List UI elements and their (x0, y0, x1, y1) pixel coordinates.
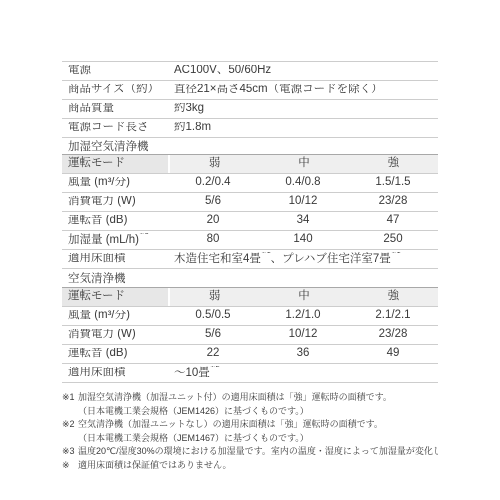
footnote-ref: ※3 (139, 233, 149, 236)
spec-label: 消費電力 (W) (62, 329, 168, 341)
spec-label: 電源コード長さ (62, 122, 168, 134)
footnote-text: 温度20℃/湿度30%の環境における加湿量です。室内の温度・湿度によって加湿量が… (78, 445, 438, 459)
table-row: 運転音 (dB) 22 36 49 (62, 345, 438, 364)
mode-header-label: 運転モード (62, 155, 168, 173)
cell-value: 10/12 (258, 329, 348, 341)
spec-label: 風量 (m³/分) (62, 310, 168, 322)
footnote-line: ※2 空気清浄機（加湿ユニットなし）の適用床面積は「強」運転時の面積です。 (62, 418, 438, 432)
mode-header-row: 運転モード 弱 中 強 (62, 154, 438, 174)
cell-value: 0.2/0.4 (168, 177, 258, 189)
cell-value: 1.5/1.5 (348, 177, 438, 189)
row-values: 0.2/0.4 0.4/0.8 1.5/1.5 (168, 174, 438, 192)
footnote-text: 空気清浄機（加湿ユニットなし）の適用床面積は「強」運転時の面積です。 (78, 418, 438, 432)
spec-label: 適用床面積 (62, 253, 168, 265)
section-title-air-purifier: 空気清浄機 (62, 269, 438, 287)
table-row: 加湿量 (mL/h)※3 80 140 250 (62, 231, 438, 250)
footnote-marker: ※2 (62, 418, 78, 432)
footnote-marker: ※3 (62, 445, 78, 459)
footnote-line: （日本電機工業会規格（JEM1467）に基づくものです。） (62, 432, 438, 446)
footnote-line: ※3 温度20℃/湿度30%の環境における加湿量です。室内の温度・湿度によって加… (62, 445, 438, 459)
floor-area-value: 木造住宅和室4畳※1、プレハブ住宅洋室7畳※1 (168, 252, 438, 265)
air-purifier-table: 運転モード 弱 中 強 風量 (m³/分) 0.5/0.5 1.2/1.0 2.… (62, 287, 438, 383)
footnote-ref: ※1 (391, 252, 401, 255)
footnote-line: ※ 適用床面積は保証値ではありません。 (62, 459, 438, 473)
row-values: 22 36 49 (168, 345, 438, 363)
cell-value: 36 (258, 348, 348, 360)
cell-value: 0.4/0.8 (258, 177, 348, 189)
table-row: 電源 AC100V、50/60Hz (62, 62, 438, 81)
spec-label: 適用床面積 (62, 367, 168, 379)
cell-value: 0.5/0.5 (168, 310, 258, 322)
mode-header-columns: 弱 中 強 (170, 288, 438, 306)
cell-value: 49 (348, 348, 438, 360)
floor-area-text: 、プレハブ住宅洋室7畳 (271, 253, 391, 265)
humidifier-purifier-table: 運転モード 弱 中 強 風量 (m³/分) 0.2/0.4 0.4/0.8 1.… (62, 154, 438, 269)
spec-value: 約3kg (168, 103, 438, 115)
row-values: 5/6 10/12 23/28 (168, 193, 438, 211)
footnote-text: 適用床面積は保証値ではありません。 (78, 459, 438, 473)
mode-column-mid: 中 (259, 158, 348, 170)
cell-value: 23/28 (348, 329, 438, 341)
spec-label: 電源 (62, 65, 168, 77)
cell-value: 5/6 (168, 329, 258, 341)
spec-label: 風量 (m³/分) (62, 177, 168, 189)
footnote-marker (62, 405, 78, 419)
spec-sheet: 電源 AC100V、50/60Hz 商品サイズ（約） 直径21×高さ45cm（電… (62, 61, 438, 472)
table-row: 消費電力 (W) 5/6 10/12 23/28 (62, 326, 438, 345)
footnote-ref: ※2 (210, 366, 220, 369)
cell-value: 2.1/2.1 (348, 310, 438, 322)
section-title-humidifier-purifier: 加湿空気清浄機 (62, 138, 438, 154)
cell-value: 22 (168, 348, 258, 360)
mode-header-columns: 弱 中 強 (170, 155, 438, 173)
spec-label: 消費電力 (W) (62, 196, 168, 208)
spec-label: 加湿量 (mL/h)※3 (62, 233, 168, 246)
spec-value: AC100V、50/60Hz (168, 65, 438, 77)
cell-value: 1.2/1.0 (258, 310, 348, 322)
footnote-text: （日本電機工業会規格（JEM1426）に基づくものです。） (78, 405, 438, 419)
table-row: 風量 (m³/分) 0.2/0.4 0.4/0.8 1.5/1.5 (62, 174, 438, 193)
row-values: 0.5/0.5 1.2/1.0 2.1/2.1 (168, 307, 438, 325)
table-row: 商品質量 約3kg (62, 100, 438, 119)
row-values: 80 140 250 (168, 231, 438, 249)
mode-column-high: 強 (349, 291, 438, 303)
footnote-marker: ※ (62, 459, 78, 473)
spec-value: 直径21×高さ45cm（電源コードを除く） (168, 84, 438, 96)
cell-value: 140 (258, 234, 348, 246)
mode-column-mid: 中 (259, 291, 348, 303)
spec-label: 運転音 (dB) (62, 215, 168, 227)
spec-label-text: 加湿量 (mL/h) (68, 234, 139, 246)
floor-area-text: 木造住宅和室4畳 (174, 253, 261, 265)
cell-value: 47 (348, 215, 438, 227)
cell-value: 250 (348, 234, 438, 246)
footnote-text: 加湿空気清浄機（加湿ユニット付）の適用床面積は「強」運転時の面積です。 (78, 391, 438, 405)
footnote-marker: ※1 (62, 391, 78, 405)
cell-value: 23/28 (348, 196, 438, 208)
row-values: 5/6 10/12 23/28 (168, 326, 438, 344)
mode-header-row: 運転モード 弱 中 強 (62, 287, 438, 307)
floor-area-value: ～10畳※2 (168, 366, 438, 379)
footnote-marker (62, 432, 78, 446)
floor-area-row: 適用床面積 木造住宅和室4畳※1、プレハブ住宅洋室7畳※1 (62, 250, 438, 269)
footnote-line: （日本電機工業会規格（JEM1426）に基づくものです。） (62, 405, 438, 419)
footnotes: ※1 加湿空気清浄機（加湿ユニット付）の適用床面積は「強」運転時の面積です。 （… (62, 391, 438, 472)
table-row: 風量 (m³/分) 0.5/0.5 1.2/1.0 2.1/2.1 (62, 307, 438, 326)
cell-value: 5/6 (168, 196, 258, 208)
floor-area-row: 適用床面積 ～10畳※2 (62, 364, 438, 383)
footnote-text: （日本電機工業会規格（JEM1467）に基づくものです。） (78, 432, 438, 446)
spec-label: 運転音 (dB) (62, 348, 168, 360)
footnote-line: ※1 加湿空気清浄機（加湿ユニット付）の適用床面積は「強」運転時の面積です。 (62, 391, 438, 405)
cell-value: 80 (168, 234, 258, 246)
spec-label: 商品サイズ（約） (62, 84, 168, 96)
mode-column-low: 弱 (170, 291, 259, 303)
cell-value: 10/12 (258, 196, 348, 208)
floor-area-text: ～10畳 (174, 367, 210, 379)
mode-column-high: 強 (349, 158, 438, 170)
table-row: 商品サイズ（約） 直径21×高さ45cm（電源コードを除く） (62, 81, 438, 100)
mode-column-low: 弱 (170, 158, 259, 170)
spec-label: 商品質量 (62, 103, 168, 115)
cell-value: 20 (168, 215, 258, 227)
table-row: 電源コード長さ 約1.8m (62, 119, 438, 138)
general-spec-table: 電源 AC100V、50/60Hz 商品サイズ（約） 直径21×高さ45cm（電… (62, 61, 438, 138)
mode-header-label: 運転モード (62, 288, 168, 306)
spec-value: 約1.8m (168, 122, 438, 134)
table-row: 運転音 (dB) 20 34 47 (62, 212, 438, 231)
cell-value: 34 (258, 215, 348, 227)
footnote-ref: ※1 (261, 252, 271, 255)
row-values: 20 34 47 (168, 212, 438, 230)
table-row: 消費電力 (W) 5/6 10/12 23/28 (62, 193, 438, 212)
